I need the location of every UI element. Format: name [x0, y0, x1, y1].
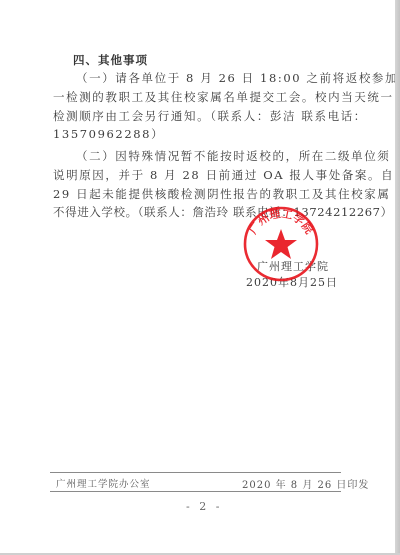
footer-top-rule: [50, 472, 341, 473]
official-seal-icon: 广州理工学院: [242, 205, 320, 283]
paragraph-1-line-2: 一检测的教职工及其住校家属名单提交工会。校内当天统一: [53, 90, 394, 104]
paragraph-2-line-4: 不得进入学校。（联系人：詹浩玲 联系电话：13724212267）: [53, 205, 393, 219]
footer-print-date: 2020 年 8 月 26 日印发: [242, 476, 369, 491]
footer-bottom-rule: [50, 491, 341, 492]
star-icon: [265, 229, 297, 259]
paragraph-1-line-4: 13570962288）: [53, 127, 164, 141]
page-shadow-right: [395, 0, 400, 555]
paragraph-2-line-1: （二）因特殊情况暂不能按时返校的，所在二级单位须: [76, 149, 390, 163]
document-page: 四、其他事项 （一）请各单位于 8 月 26 日 18:00 之前将返校参加统 …: [0, 0, 395, 553]
paragraph-2-line-3: 29 日起未能提供核酸检测阴性报告的教职工及其住校家属: [53, 187, 391, 201]
section-heading: 四、其他事项: [73, 52, 148, 68]
page-number: - 2 -: [186, 500, 222, 513]
paragraph-1-line-3: 检测顺序由工会另行通知。（联系人：彭洁 联系电话：: [53, 109, 367, 123]
paragraph-2-line-2: 说明原因，并于 8 月 28 日前通过 OA 报人事处备案。自 8 月: [53, 168, 400, 182]
footer-office: 广州理工学院办公室: [56, 476, 151, 490]
paragraph-1-line-1: （一）请各单位于 8 月 26 日 18:00 之前将返校参加统: [76, 71, 400, 85]
